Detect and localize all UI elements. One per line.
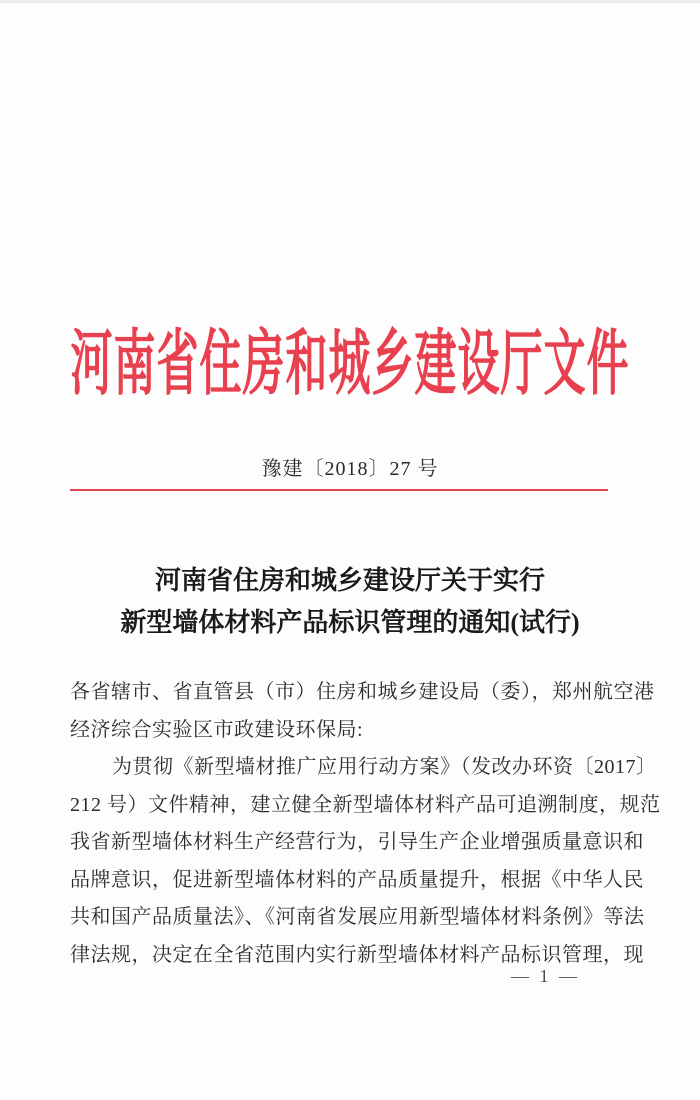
body-line-6: 品牌意识，促进新型墙体材料的产品质量提升，根据《中华人民 — [70, 862, 632, 900]
scan-edge-artifact — [0, 0, 700, 3]
body-line-2: 经济综合实验区市政建设环保局: — [70, 712, 632, 750]
body-line-4: 212 号）文件精神，建立健全新型墙体材料产品可追溯制度，规范 — [70, 787, 632, 825]
document-number: 豫建〔2018〕27 号 — [0, 452, 700, 481]
letterhead-title: 河南省住房和城乡建设厅文件 — [0, 330, 700, 401]
letterhead-divider-line — [70, 489, 608, 491]
body-line-3: 为贯彻《新型墙材推广应用行动方案》（发改办环资〔2017〕 — [70, 749, 632, 787]
notice-title-line-2: 新型墙体材料产品标识管理的通知(试行) — [30, 602, 670, 644]
notice-body: 各省辖市、省直管县（市）住房和城乡建设局（委），郑州航空港 经济综合实验区市政建… — [70, 674, 632, 974]
notice-title-line-1: 河南省住房和城乡建设厅关于实行 — [30, 560, 670, 602]
body-line-1: 各省辖市、省直管县（市）住房和城乡建设局（委），郑州航空港 — [70, 674, 632, 712]
body-line-5: 我省新型墙体材料生产经营行为，引导生产企业增强质量意识和 — [70, 824, 632, 862]
document-page: 河南省住房和城乡建设厅文件 豫建〔2018〕27 号 河南省住房和城乡建设厅关于… — [0, 0, 700, 1100]
page-number: — 1 — — [511, 966, 580, 987]
body-line-7: 共和国产品质量法》、《河南省发展应用新型墙体材料条例》等法 — [70, 899, 632, 937]
notice-title: 河南省住房和城乡建设厅关于实行 新型墙体材料产品标识管理的通知(试行) — [30, 560, 670, 644]
